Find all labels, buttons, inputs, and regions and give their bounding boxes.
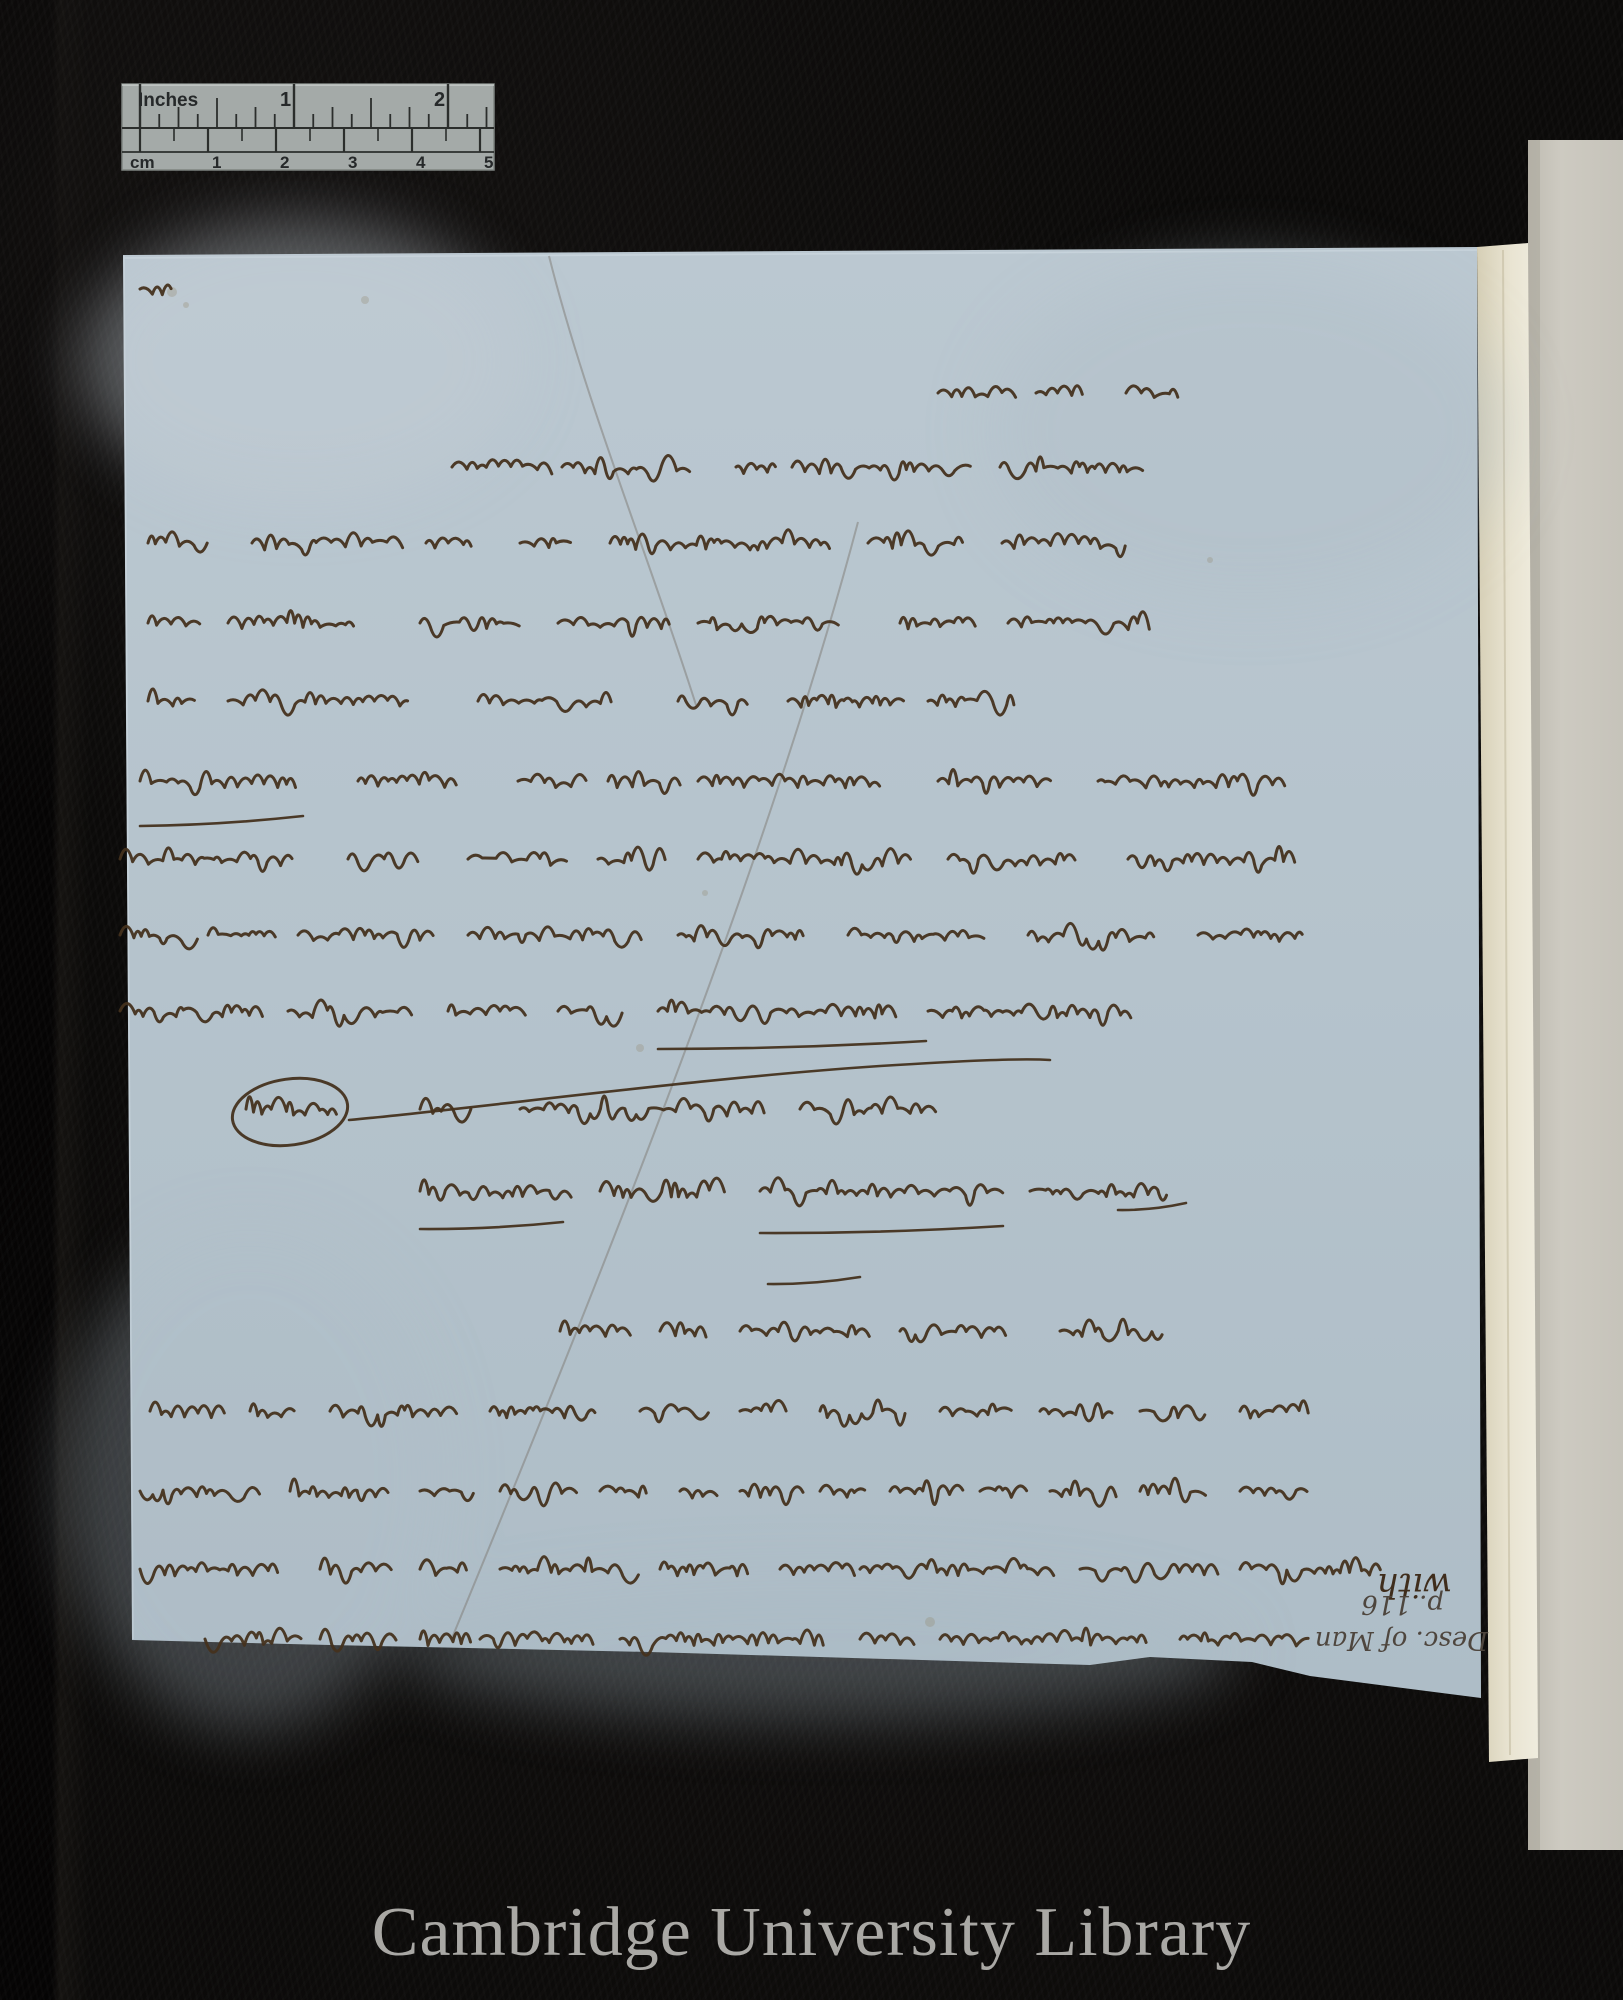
ruler-cm-2: 2 xyxy=(280,153,289,172)
backdrop-right-column xyxy=(1528,140,1623,1850)
ruler-cm-3: 3 xyxy=(348,153,357,172)
archival-reference-line1: Desc. of Man xyxy=(1315,1625,1489,1655)
ruler-unit-cm: cm xyxy=(130,153,155,172)
ruler-inch-1: 1 xyxy=(280,89,291,111)
ruler-cm-5: 5 xyxy=(484,153,493,172)
ruler-unit-inches: Inches xyxy=(138,90,198,111)
manuscript-scene: with Desc. of Man p. 116 Inches 1 2 cm 1… xyxy=(0,0,1623,2000)
library-watermark: Cambridge University Library xyxy=(0,1893,1623,1973)
photograph-stage: with Desc. of Man p. 116 Inches 1 2 cm 1… xyxy=(0,0,1623,2000)
archival-reference-line2: p. 116 xyxy=(1361,1589,1444,1619)
ruler-cm-4: 4 xyxy=(416,153,426,172)
ruler-inch-2: 2 xyxy=(434,89,445,111)
ruler: Inches 1 2 cm 1 2 3 4 5 xyxy=(122,84,494,172)
ruler-cm-1: 1 xyxy=(212,153,221,172)
